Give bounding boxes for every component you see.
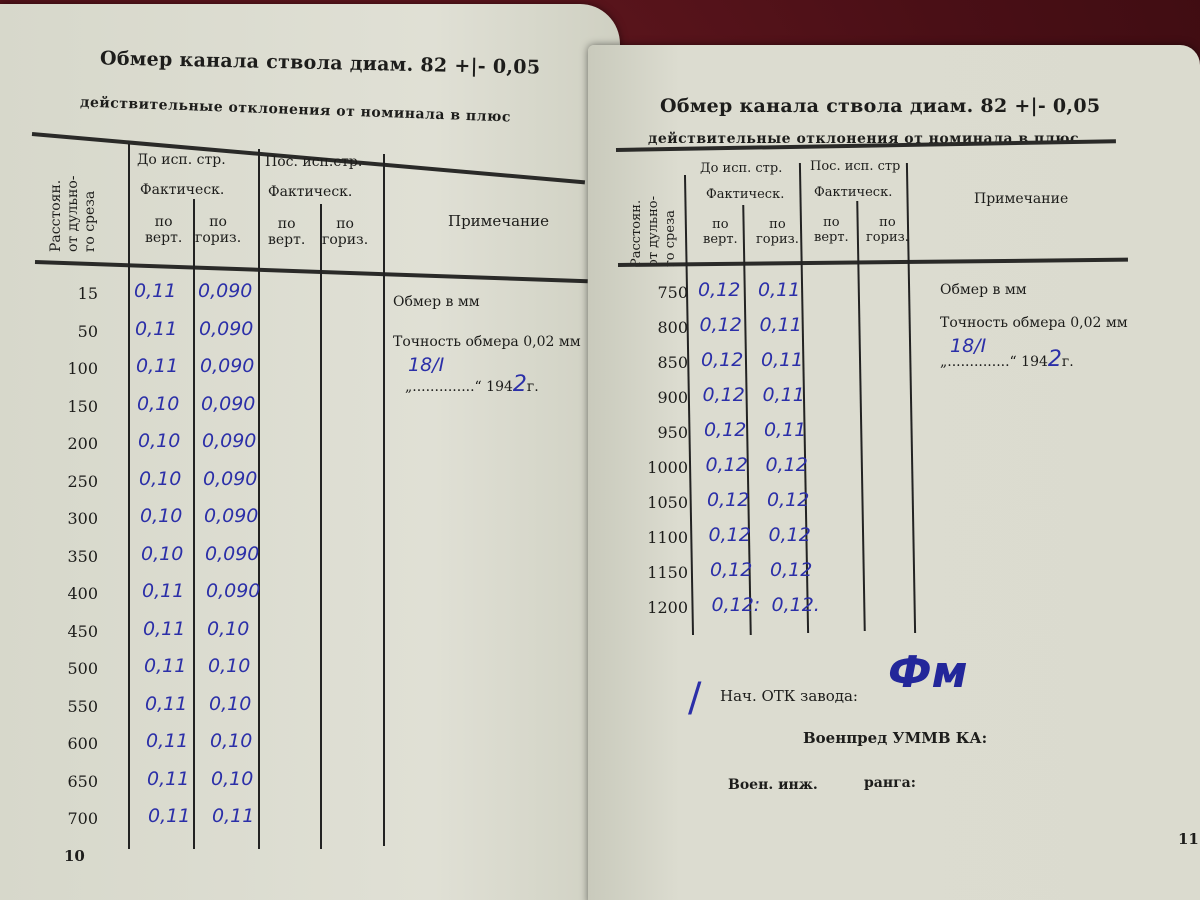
horizontal-deviation: 0,12	[766, 454, 808, 476]
horizontal-deviation: 0,090	[203, 468, 257, 490]
distance-value: 1050	[628, 493, 688, 512]
header-rule	[35, 260, 588, 283]
distance-value: 450	[38, 622, 98, 641]
distance-value: 500	[38, 659, 98, 678]
page-title: Обмер канала ствола диам. 82 +|- 0,05	[100, 47, 541, 78]
horizontal-deviation: 0,090	[202, 430, 256, 452]
header-actual-after: Фактическ.	[814, 185, 892, 200]
header-after: Пос. исп. стр	[810, 159, 900, 174]
page-subtitle: действительные отклонения от номинала в …	[80, 94, 511, 125]
vertical-deviation: 0,12	[709, 524, 751, 546]
horizontal-deviation: 0,11	[212, 805, 254, 827]
header-before: До исп. стр.	[137, 152, 226, 168]
note-unit: Обмер в мм	[393, 294, 480, 310]
vertical-deviation: 0,11	[144, 655, 186, 677]
vertical-deviation: 0,11	[145, 693, 187, 715]
distance-value: 550	[38, 697, 98, 716]
vertical-deviation: 0,11	[143, 618, 185, 640]
column-divider	[258, 149, 260, 849]
horizontal-deviation: 0,11	[758, 279, 800, 301]
vertical-deviation: 0,10	[140, 505, 182, 527]
vertical-deviation: 0,12	[698, 279, 740, 301]
horizontal-deviation: 0,090	[200, 355, 254, 377]
header-vert-before: поверт.	[703, 217, 738, 247]
header-vert-after: поверт.	[814, 215, 849, 245]
distance-value: 1100	[628, 528, 688, 547]
column-divider	[320, 204, 322, 849]
column-divider	[906, 163, 916, 633]
horizontal-deviation: 0,10	[208, 655, 250, 677]
vertical-deviation: 0,10	[141, 543, 183, 565]
header-rule	[618, 258, 1128, 267]
header-actual-after: Фактическ.	[268, 184, 352, 200]
distance-value: 800	[628, 318, 688, 337]
distance-value: 850	[628, 353, 688, 372]
horizontal-deviation: 0,12	[769, 524, 811, 546]
header-remarks: Примечание	[974, 191, 1068, 207]
horizontal-deviation: 0,090	[198, 280, 252, 302]
horizontal-deviation: 0,090	[201, 393, 255, 415]
distance-value: 900	[628, 388, 688, 407]
column-divider	[383, 154, 385, 846]
distance-value: 600	[38, 734, 98, 753]
distance-value: 400	[38, 584, 98, 603]
column-divider	[128, 144, 130, 849]
vertical-deviation: 0,11	[136, 355, 178, 377]
horizontal-deviation: 0,090	[204, 505, 258, 527]
header-before: До исп. стр.	[700, 161, 782, 176]
header-horiz-after: погориз.	[866, 215, 909, 245]
signature: Фм	[888, 647, 968, 698]
vertical-deviation: 0,11	[135, 318, 177, 340]
vertical-deviation: 0,10	[137, 393, 179, 415]
horizontal-deviation: 0,10	[207, 618, 249, 640]
rank-label: ранга:	[864, 775, 916, 791]
header-vert-before: поверт.	[145, 214, 182, 246]
vertical-deviation: 0,11	[148, 805, 190, 827]
horizontal-deviation: 0,090	[199, 318, 253, 340]
horizontal-deviation: 0,11	[764, 419, 806, 441]
distance-value: 100	[38, 359, 98, 378]
vertical-deviation: 0,12	[701, 349, 743, 371]
vertical-deviation: 0,10	[138, 430, 180, 452]
distance-value: 250	[38, 472, 98, 491]
right-page: Обмер канала ствола диам. 82 +|- 0,05 де…	[588, 45, 1200, 900]
header-horiz-before: погориз.	[195, 214, 241, 246]
handwritten-date: 18/I	[408, 354, 444, 376]
horizontal-deviation: 0,12.	[772, 594, 820, 616]
horizontal-deviation: 0,090	[205, 543, 259, 565]
note-accuracy: Точность обмера 0,02 мм	[393, 334, 581, 350]
vertical-deviation: 0,12	[706, 454, 748, 476]
distance-value: 150	[38, 397, 98, 416]
horizontal-deviation: 0,090	[206, 580, 260, 602]
handwritten-date: 18/I	[950, 335, 986, 357]
distance-value: 700	[38, 809, 98, 828]
note-accuracy: Точность обмера 0,02 мм	[940, 315, 1128, 331]
horizontal-deviation: 0,11	[763, 384, 805, 406]
engineer-label: Воен. инж.	[728, 777, 818, 793]
vertical-deviation: 0,12	[703, 384, 745, 406]
left-page: Обмер канала ствола диам. 82 +|- 0,05 де…	[0, 4, 620, 900]
vertical-deviation: 0,11	[146, 730, 188, 752]
vertical-deviation: 0,10	[139, 468, 181, 490]
vertical-deviation: 0,11	[134, 280, 176, 302]
header-horiz-before: погориз.	[756, 217, 799, 247]
otk-label: Нач. ОТК завода:	[720, 687, 858, 705]
horizontal-deviation: 0,11	[760, 314, 802, 336]
vertical-deviation: 0,11	[147, 768, 189, 790]
distance-value: 300	[38, 509, 98, 528]
horizontal-deviation: 0,10	[210, 730, 252, 752]
vertical-deviation: 0,12	[707, 489, 749, 511]
vertical-deviation: 0,11	[142, 580, 184, 602]
distance-value: 350	[38, 547, 98, 566]
distance-header: Расстоян. от дульно- го среза	[628, 196, 679, 267]
vertical-deviation: 0,12	[704, 419, 746, 441]
header-actual-before: Фактическ.	[140, 182, 224, 198]
distance-value: 1200	[628, 598, 688, 617]
header-horiz-after: погориз.	[322, 216, 368, 248]
note-unit: Обмер в мм	[940, 282, 1027, 298]
horizontal-deviation: 0,11	[761, 349, 803, 371]
horizontal-deviation: 0,12	[767, 489, 809, 511]
distance-value: 1150	[628, 563, 688, 582]
vertical-deviation: 0,12:	[712, 594, 761, 616]
distance-value: 750	[628, 283, 688, 302]
distance-value: 50	[38, 322, 98, 341]
distance-value: 200	[38, 434, 98, 453]
header-after: Пос. исп.стр.	[265, 154, 362, 170]
page-title: Обмер канала ствола диам. 82 +|- 0,05	[660, 95, 1100, 117]
distance-value: 15	[38, 284, 98, 303]
column-divider	[193, 199, 195, 849]
horizontal-deviation: 0,12	[770, 559, 812, 581]
header-remarks: Примечание	[448, 212, 549, 230]
vertical-deviation: 0,12	[700, 314, 742, 336]
horizontal-deviation: 0,10	[209, 693, 251, 715]
distance-header: Расстоян. от дульно- го среза	[48, 176, 99, 253]
page-number: 11	[1178, 830, 1199, 848]
page-number: 10	[64, 847, 85, 865]
header-actual-before: Фактическ.	[706, 187, 784, 202]
column-divider	[856, 201, 866, 631]
vertical-deviation: 0,12	[710, 559, 752, 581]
distance-value: 1000	[628, 458, 688, 477]
header-vert-after: поверт.	[268, 216, 305, 248]
distance-value: 950	[628, 423, 688, 442]
horizontal-deviation: 0,10	[211, 768, 253, 790]
voenpred-label: Военпред УММВ КА:	[803, 729, 987, 747]
checkmark-icon: /	[688, 675, 701, 721]
distance-value: 650	[38, 772, 98, 791]
